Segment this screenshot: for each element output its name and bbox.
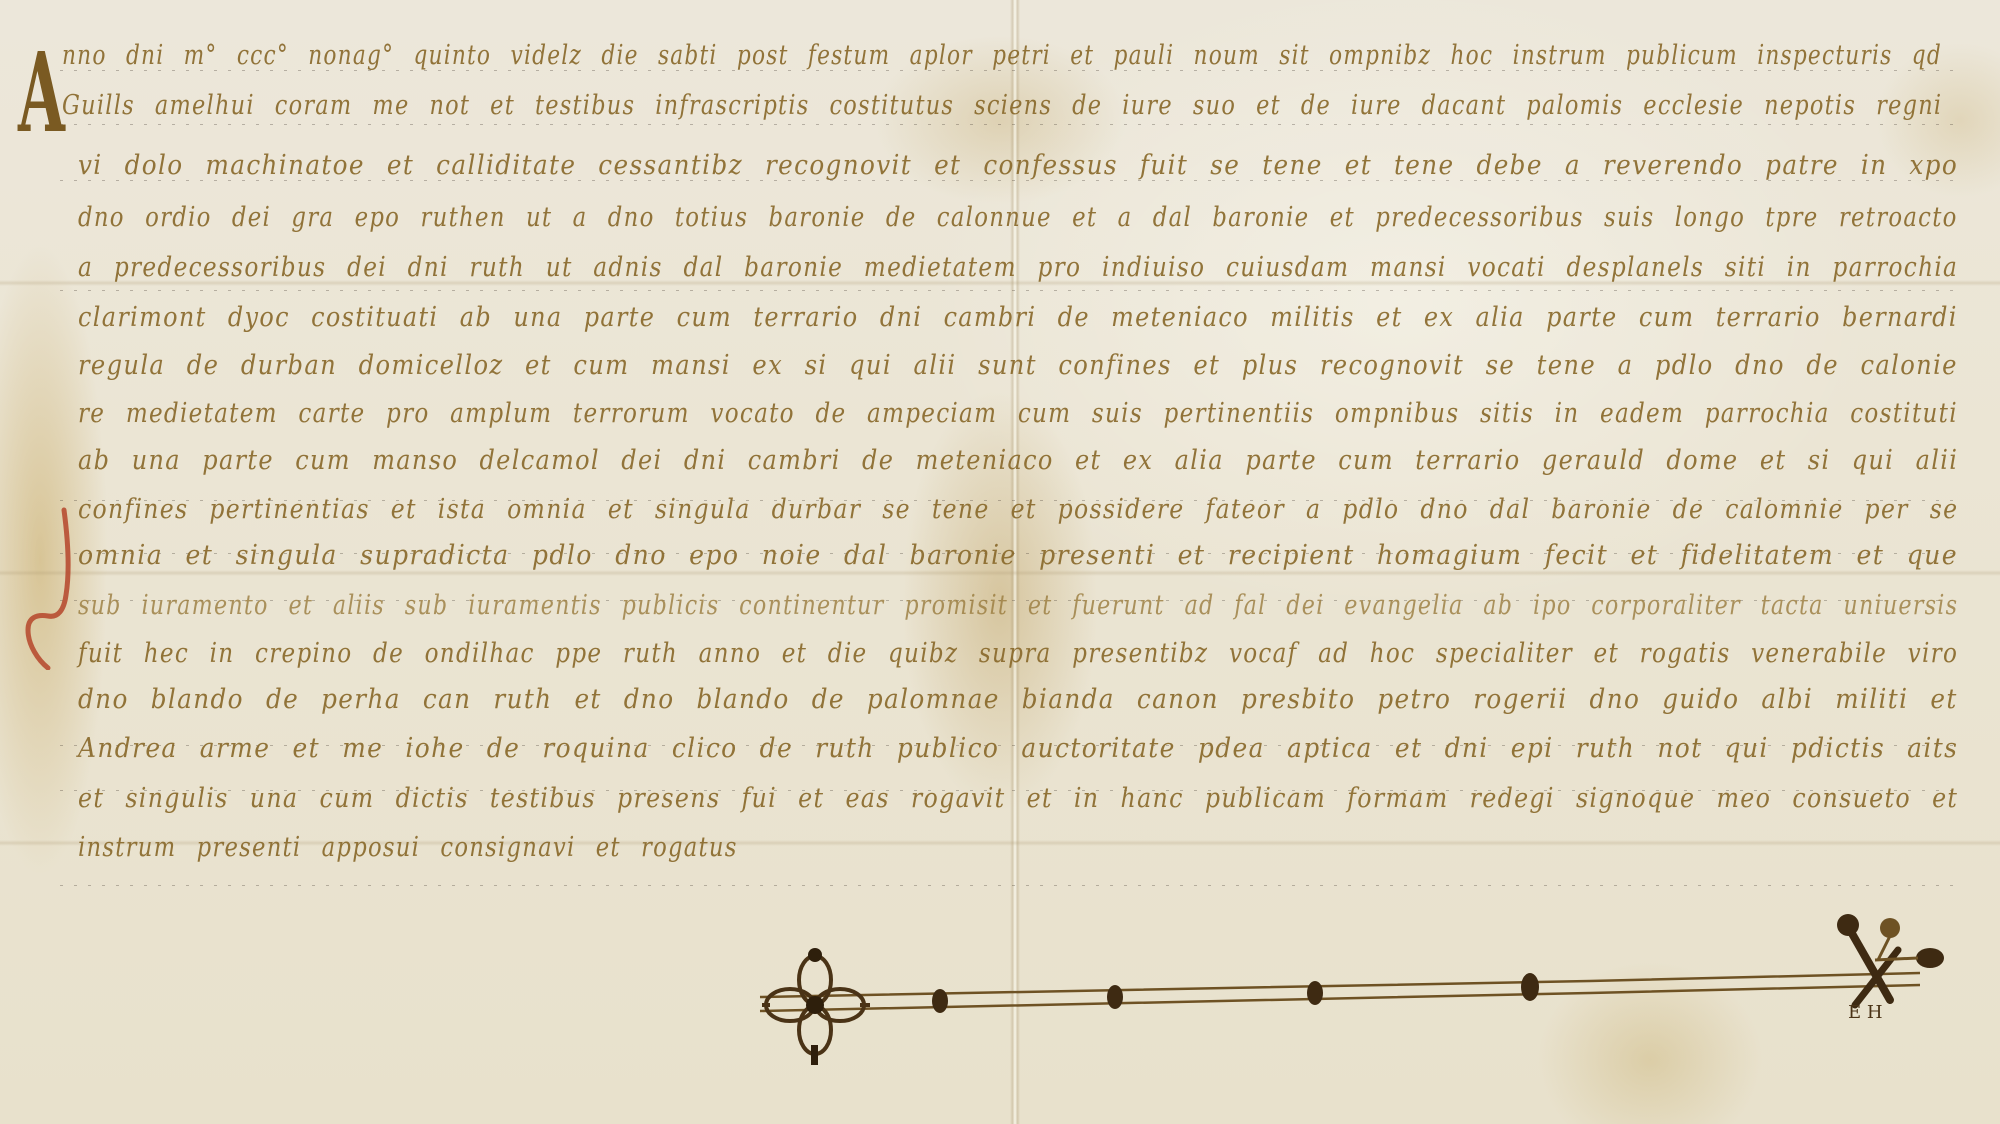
text-line-11: omnia et singula supradicta pdlo dno epo… [78, 540, 1958, 571]
decorated-initial: A [18, 38, 65, 148]
text-line-6: clarimont dyoc costituati ab una parte c… [78, 302, 1958, 333]
text-line-14: dno blando de perha can ruth et dno blan… [78, 684, 1958, 715]
text-line-13: fuit hec in crepino de ondilhac ppe ruth… [78, 638, 1958, 669]
ruling-line [60, 124, 1960, 125]
text-line-7: regula de durban domicelloz et cum mansi… [78, 350, 1958, 381]
text-line-5: a predecessoribus dei dni ruth ut adnis … [78, 252, 1958, 283]
text-line-9: ab una parte cum manso delcamol dei dni … [78, 445, 1958, 476]
ruling-line [60, 885, 1960, 886]
red-marginal-mark [18, 500, 78, 670]
text-line-3: vi dolo machinatoe et calliditate cessan… [78, 150, 1958, 181]
parchment-document: A nno dni m° ccc° nonag° quinto videlz d… [0, 0, 2000, 1124]
notarial-connector-line [690, 955, 1920, 1015]
text-line-1: nno dni m° ccc° nonag° quinto videlz die… [62, 40, 1588, 71]
text-line-17: instrum presenti apposui consignavi et r… [78, 832, 738, 863]
text-line-4: dno ordio dei gra epo ruthen ut a dno to… [78, 202, 1958, 233]
text-line-16: et singulis una cum dictis testibus pres… [78, 783, 1958, 814]
monogram-text: E H [1848, 1002, 1883, 1020]
text-line-8: re medietatem carte pro amplum terrorum … [78, 398, 1958, 429]
text-line-15: Andrea arme et me iohe de roquina clico … [78, 733, 1958, 764]
rosette-notarial-sign-icon [760, 945, 870, 1065]
text-line-10: confines pertinentias et ista omnia et s… [78, 494, 1958, 525]
ruling-line [60, 290, 1960, 291]
text-line-2: Guills amelhui coram me not et testibus … [62, 90, 1942, 121]
text-line-12: sub iuramento et aliis sub iuramentis pu… [78, 590, 1958, 621]
crossed-staff-notarial-sign-icon: E H [1830, 910, 1960, 1020]
